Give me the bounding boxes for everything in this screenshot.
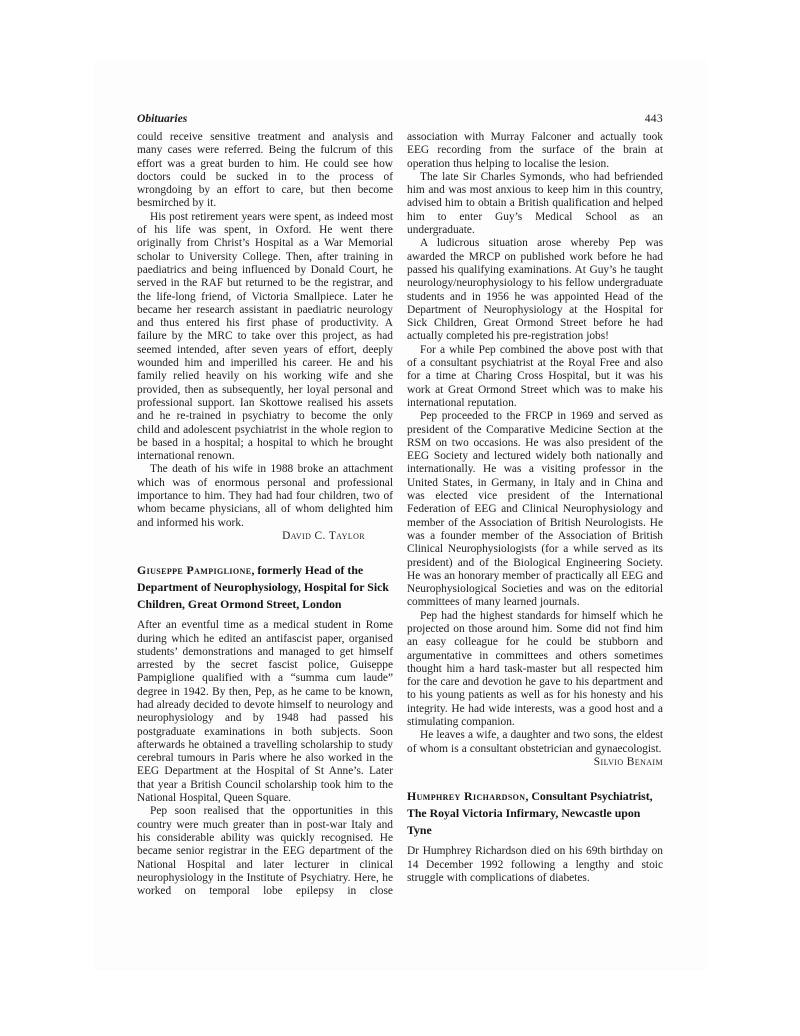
obit-paragraph: His post retirement years were spent, as… (137, 211, 393, 464)
page-number: 443 (645, 112, 663, 125)
right-column: association with Murray Falconer and act… (407, 131, 663, 898)
obituary-name: Humphrey Richardson (407, 789, 525, 803)
left-column: could receive sensitive treatment and an… (137, 131, 393, 898)
author-signature-taylor: David C. Taylor (137, 530, 393, 543)
author-signature-benaim: Silvio Benaim (407, 756, 663, 769)
obituary-heading-richardson: Humphrey Richardson, Consultant Psychiat… (407, 788, 663, 839)
obit-paragraph: Pep proceeded to the FRCP in 1969 and se… (407, 410, 663, 609)
obit-paragraph: For a while Pep combined the above post … (407, 344, 663, 410)
obit-paragraph: The late Sir Charles Symonds, who had be… (407, 171, 663, 237)
obit-paragraph: The death of his wife in 1988 broke an a… (137, 463, 393, 529)
obit-paragraph: Pep had the highest standards for himsel… (407, 610, 663, 730)
running-title: Obituaries (137, 112, 187, 125)
obit-paragraph: Dr Humphrey Richardson died on his 69th … (407, 845, 663, 885)
obit-paragraph: He leaves a wife, a daughter and two son… (407, 729, 663, 756)
obit-paragraph: A ludicrous situation arose whereby Pep … (407, 237, 663, 343)
obit-paragraph: After an eventful time as a medical stud… (137, 619, 393, 805)
obit-paragraph-continued: Pep soon realised that the opportunities… (137, 805, 393, 898)
page-scan-area: Obituaries 443 could receive sensitive t… (95, 62, 707, 968)
two-column-text: could receive sensitive treatment and an… (137, 131, 663, 898)
scanned-journal-page: Obituaries 443 could receive sensitive t… (0, 0, 800, 1036)
obit-continuation-paragraph: could receive sensitive treatment and an… (137, 131, 393, 211)
obituary-heading-pampiglione: Giuseppe Pampiglione, formerly Head of t… (137, 562, 393, 613)
page-header: Obituaries 443 (137, 112, 663, 125)
obit-continuation-paragraph: association with Murray Falconer and act… (407, 131, 663, 171)
obituary-name: Giuseppe Pampiglione (137, 563, 251, 577)
